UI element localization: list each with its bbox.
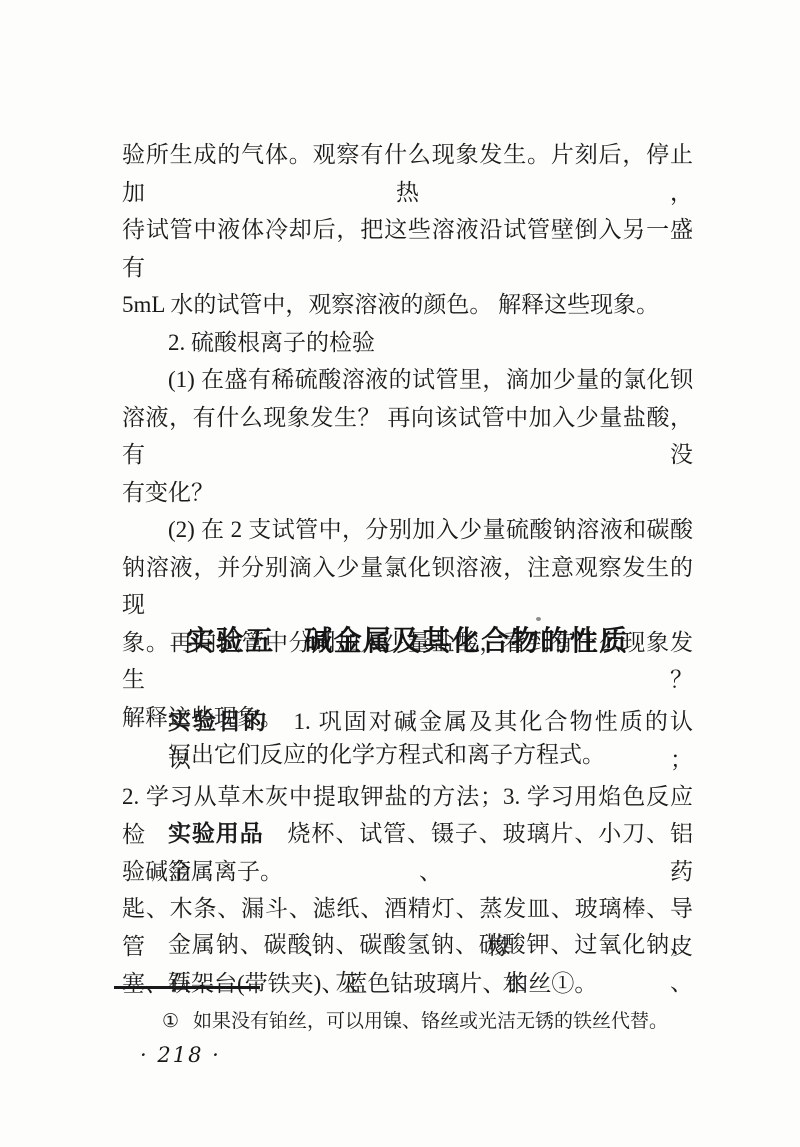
text-line-numbered-item: 2. 硫酸根离子的检验 [122,324,693,362]
text-line: 验所生成的气体。观察有什么现象发生。片刻后，停止加热， [122,136,693,211]
footnote-marker: ① [162,1011,179,1032]
supplies-label: 实验用品 [168,820,264,846]
page-number: · 218 · [140,1042,221,1068]
reagents-line: 金属钠、碳酸钠、碳酸氢钠、碳酸钾、过氧化钠、石灰水、 [122,926,693,1001]
reagents-line-block: 金属钠、碳酸钠、碳酸氢钠、碳酸钾、过氧化钠、石灰水、 [122,926,693,1001]
text-line-numbered-item: (2) 在 2 支试管中，分别加入少量硫酸钠溶液和碳酸 [122,511,693,549]
footnote: ①如果没有铂丝，可以用镍、铬丝或光洁无锈的铁丝代替。 [122,1008,762,1035]
text-line: 钠溶液，并分别滴入少量氯化钡溶液，注意观察发生的现 [122,549,693,624]
scanned-book-page: 验所生成的气体。观察有什么现象发生。片刻后，停止加热， 待试管中液体冷却后，把这… [0,0,800,1147]
text-line: 5mL 水的试管中，观察溶液的颜色。 解释这些现象。 [122,286,693,324]
text-line: 有变化？ [122,474,693,512]
text-line: 待试管中液体冷却后，把这些溶液沿试管壁倒入另一盛有 [122,211,693,286]
text-line: 实验目的 1. 巩固对碱金属及其化合物性质的认识； [122,703,693,778]
text-line: 实验用品 烧杯、试管、镊子、玻璃片、小刀、铝箔、药 [122,815,693,890]
footnote-text: 如果没有铂丝，可以用镍、铬丝或光洁无锈的铁丝代替。 [193,1011,668,1032]
scan-artifact [536,617,541,621]
body-text-upper: 验所生成的气体。观察有什么现象发生。片刻后，停止加热， 待试管中液体冷却后，把这… [122,136,693,774]
experiment-title: 实验五 碱金属及其化合物的性质 [122,620,693,662]
footnote-divider [114,986,260,989]
objective-label: 实验目的 [168,708,268,734]
text-line: 溶液，有什么现象发生？ 再向该试管中加入少量盐酸，有没 [122,399,693,474]
text-line-numbered-item: (1) 在盛有稀硫酸溶液的试管里，滴加少量的氯化钡 [122,361,693,399]
